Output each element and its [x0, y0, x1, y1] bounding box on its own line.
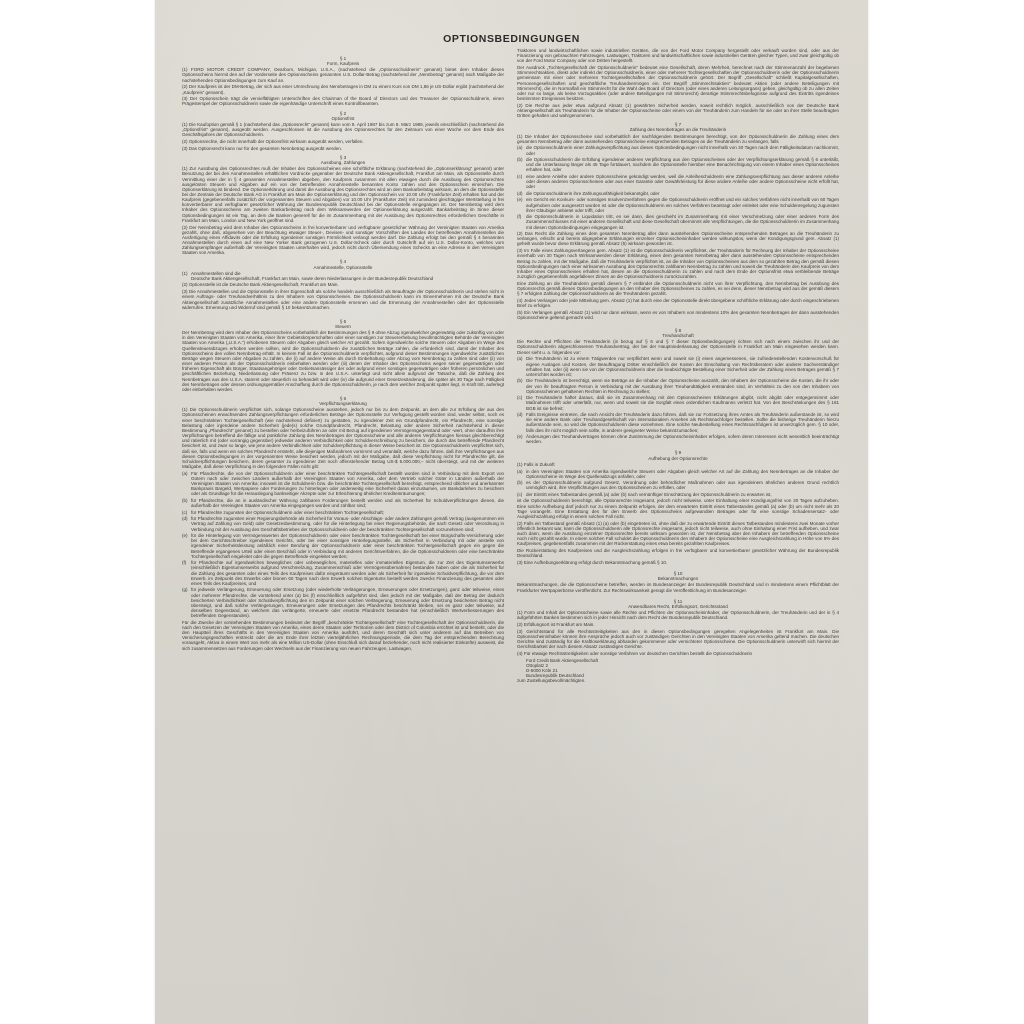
- section-title: Steuern: [182, 324, 504, 329]
- section-title: Aufhebung der Optionsrechte: [517, 456, 839, 461]
- list-item: (c)Die Treuhänderin haftet daraus, daß s…: [517, 395, 839, 410]
- item-text: die Optionsschuldnerin in Liquidation tr…: [526, 214, 839, 229]
- list-item: (b)die Optionsschuldnerin die Erfüllung …: [517, 157, 839, 172]
- item-text: für die Hinterlegung von Vermögenswerten…: [191, 533, 504, 559]
- item-text: eine andere Anleihe oder andere Optionss…: [526, 174, 839, 189]
- list-item: (c)eine andere Anleihe oder andere Optio…: [517, 174, 839, 189]
- section-heading-10: § 10 Bekanntmachungen: [517, 571, 839, 581]
- paragraph: (1) Form und Inhalt der Optionsscheine s…: [517, 610, 839, 620]
- list-item: (a)Für Pfandrechte, die von der Optionss…: [182, 471, 504, 497]
- section-heading-5: § 5 Steuern: [182, 319, 504, 329]
- item-text: Die Treuhänderin ist berechtigt, wenn si…: [526, 378, 839, 393]
- list-item: (d)Falls Ereignisse eintreten, die nach …: [517, 412, 839, 433]
- item-label: (a): [182, 471, 191, 497]
- item-text: die Optionsschuldnerin die Erfüllung irg…: [526, 157, 839, 172]
- item-label: (e): [517, 197, 526, 212]
- item-label: (b): [182, 498, 191, 508]
- document-page: OPTIONSBEDINGUNGEN § 1 Form, Kaufpreis (…: [155, 0, 868, 1024]
- paragraph: (4) Für etwaige Rechtsstreitigkeiten ode…: [517, 651, 839, 656]
- paragraph: Der Ausdruck „Tochtergesellschaft der Op…: [517, 65, 839, 101]
- section-heading-4: § 4 Annahmestelle, Optionsstelle: [182, 259, 504, 269]
- paragraph: Der Nennbetrag wird dem Inhaber des Opti…: [182, 330, 504, 392]
- left-column: § 1 Form, Kaufpreis (1) FORD MOTOR CREDI…: [182, 52, 504, 652]
- list-item: (f)für Pfandrechte auf irgendwelches bew…: [182, 560, 504, 586]
- item-label: (d): [517, 412, 526, 433]
- paragraph: (3) Eine Aufhebungserklärung erfolgt dur…: [517, 560, 839, 565]
- item-text: Änderungen des Treuhandvertrages können …: [526, 434, 839, 444]
- section-heading-9: § 9 Aufhebung der Optionsrechte: [517, 450, 839, 460]
- paragraph: (1) Falls in Zukunft: [517, 462, 839, 467]
- section-heading-1: § 1 Form, Kaufpreis: [182, 56, 504, 66]
- paragraph: (2) Der Nennbetrag wird dem Inhaber des …: [182, 225, 504, 256]
- item-label: (d): [517, 191, 526, 196]
- section-heading-3: § 3 Ausübung, Zahlungen: [182, 155, 504, 165]
- item-label: (f): [517, 214, 526, 229]
- list-item: (c)für Pfandrechte zugunsten der Options…: [182, 510, 504, 515]
- paragraph: (4) Jedes Verlangen oder jede Mitteilung…: [517, 298, 839, 308]
- item-label: (d): [182, 516, 191, 531]
- item-label: (e): [517, 434, 526, 444]
- list-item: (d)die Optionsschuldnerin ihre Zahlungsu…: [517, 191, 839, 196]
- section-heading-2: § 2 Optionsfrist: [182, 111, 504, 121]
- list-item: (e)für die Hinterlegung von Vermögenswer…: [182, 533, 504, 559]
- paragraph: Traktoren und landwirtschaftlichen sowie…: [517, 48, 839, 63]
- list-item: (f)die Optionsschuldnerin in Liquidation…: [517, 214, 839, 229]
- paragraph: (1) FORD MOTOR CREDIT COMPANY, Dearborn,…: [182, 67, 504, 82]
- paragraph: ist die Optionsschuldnerin berechtigt, a…: [517, 498, 839, 519]
- item-text: der Eintritt eines Tatbestandes gemäß (a…: [526, 492, 839, 497]
- list-item: (d)für Pfandrechte zugunsten einer Regie…: [182, 516, 504, 531]
- paragraph: (1) Die Optionsschuldnerin verpflichtet …: [182, 407, 504, 469]
- item-text: in den Vereinigten Staaten von Amerika i…: [526, 469, 839, 479]
- section-title: Annahmestelle, Optionsstelle: [182, 265, 504, 270]
- paragraph: (2) Optionsstelle ist die Deutsche Bank …: [182, 282, 504, 287]
- right-column: Traktoren und landwirtschaftlichen sowie…: [517, 48, 839, 685]
- paragraph: (3) Im Falle eines Zahlungsverlangens ge…: [517, 248, 839, 279]
- item-label: (a): [517, 145, 526, 155]
- item-text: Falls Ereignisse eintreten, die nach Ans…: [526, 412, 839, 433]
- section-title: Optionsfrist: [182, 116, 504, 121]
- item-text: für Pfandrechte zugunsten einer Regierun…: [191, 516, 504, 531]
- section-title: Form, Kaufpreis: [182, 61, 504, 66]
- item-text: für Pfandrechte, die an in ausländischer…: [191, 498, 504, 508]
- list-item: (1) Annahmestellen sind die Deutsche Ban…: [182, 271, 504, 281]
- section-title: Zahlung des Nennbetrages an die Treuhänd…: [517, 127, 839, 132]
- section-heading-6: § 6 Verpflichtungserklärung: [182, 396, 504, 406]
- section-title: Treuhandschaft: [517, 333, 839, 338]
- item-text: die Optionsschuldnerin einer Zahlungsver…: [526, 145, 839, 155]
- list-item: (a)in den Vereinigten Staaten von Amerik…: [517, 469, 839, 479]
- item-label: (c): [517, 174, 526, 189]
- item-label: (a): [517, 356, 526, 377]
- item-text: die Optionsschuldnerin ihre Zahlungsunfä…: [526, 191, 839, 196]
- section-title: Verpflichtungserklärung: [182, 401, 504, 406]
- paragraph: (5) Ein Verlangen gemäß Absatz (1) wird …: [517, 310, 839, 320]
- section-title: Bekanntmachungen: [517, 576, 839, 581]
- paragraph: (1) Die Inhaber der Optionsscheine sind …: [517, 134, 839, 144]
- paragraph: (1) Zur Ausübung des Optionsrechtes muß …: [182, 166, 504, 223]
- list-item: (a)die Optionsschuldnerin einer Zahlungs…: [517, 145, 839, 155]
- section-heading-11: § 11 Anwendbares Recht, Erfüllungsort, G…: [517, 599, 839, 609]
- item-label: (b): [517, 480, 526, 490]
- section-heading-7: § 7 Zahlung des Nennbetrages an die Treu…: [517, 122, 839, 132]
- address-block: Ford Credit Bank Aktiengesellschaft Otto…: [517, 658, 839, 679]
- paragraph: Die Rückerstattung des Kaufpreises und d…: [517, 548, 839, 558]
- document-title: OPTIONSBEDINGUNGEN: [155, 33, 868, 45]
- list-item: (c)der Eintritt eines Tatbestandes gemäß…: [517, 492, 839, 497]
- paragraph: (2) Erfüllungsort ist Frankfurt am Main.: [517, 622, 839, 627]
- paragraph: (3) Das Optionsrecht kann nur für den ge…: [182, 146, 504, 151]
- paragraph: (2) Der Kaufpreis ist der DM-Betrag, der…: [182, 84, 504, 94]
- paragraph: (3) Gerichtsstand für alle Rechtsstreiti…: [517, 629, 839, 650]
- paragraph: (3) Der Optionsschein trägt die vervielf…: [182, 96, 504, 106]
- paragraph: (2) Das Recht die Zahlung eines dem gesa…: [517, 231, 839, 246]
- list-item: (g)für jedwede Verlängerung, Erneuerung …: [182, 587, 504, 618]
- list-item: (b)es der Optionsschuldnerin aufgrund Ge…: [517, 480, 839, 490]
- item-label: (e): [182, 533, 191, 559]
- item-label: (c): [517, 492, 526, 497]
- item-text: Für Pfandrechte, die von der Optionsschu…: [191, 471, 504, 497]
- item-text: Die Treuhänderin ist zu einem Tätigwerde…: [526, 356, 839, 377]
- item-label: (a): [517, 469, 526, 479]
- item-label: (b): [517, 157, 526, 172]
- paragraph: (1) Die Kaufoption gemäß § 1 (nachstehen…: [182, 122, 504, 137]
- closing-line: zum Zustellungsbevollmächtigten.: [517, 678, 839, 683]
- item-text: für Pfandrechte auf irgendwelches bewegl…: [191, 560, 504, 586]
- list-item: (b)Die Treuhänderin ist berechtigt, wenn…: [517, 378, 839, 393]
- section-heading-8: § 8 Treuhandschaft: [517, 328, 839, 338]
- paragraph: Für die Zwecke der vorstehenden Bestimmu…: [182, 620, 504, 651]
- item-label: (c): [517, 395, 526, 410]
- paragraph: (3) Die Annahmestellen und die Optionsst…: [182, 289, 504, 310]
- paragraph: (2) Optionsrechte, die nicht innerhalb d…: [182, 139, 504, 144]
- item-sub: Deutsche Bank Aktiengesellschaft, Frankf…: [191, 276, 433, 281]
- item-label: (g): [182, 587, 191, 618]
- item-text: Annahmestellen sind die Deutsche Bank Ak…: [191, 271, 504, 281]
- item-label: (f): [182, 560, 191, 586]
- item-label: (c): [182, 510, 191, 515]
- list-item: (e)Änderungen des Treuhandvertrages könn…: [517, 434, 839, 444]
- item-label: (b): [517, 378, 526, 393]
- item-text: für jedwede Verlängerung, Erneuerung ode…: [191, 587, 504, 618]
- paragraph: Eine Zahlung an die Treuhänderin gemäß d…: [517, 281, 839, 296]
- paragraph: (2) Falls ein Tatbestand gemäß Absatz (1…: [517, 521, 839, 547]
- item-text: ein Gericht ein Konkurs- oder sonstiges …: [526, 197, 839, 212]
- paragraph: Die Rechte und Pflichten der Treuhänderi…: [517, 339, 839, 354]
- item-text: Die Treuhänderin haftet daraus, daß sie …: [526, 395, 839, 410]
- list-item: (e)ein Gericht ein Konkurs- oder sonstig…: [517, 197, 839, 212]
- item-label: (1): [182, 271, 191, 281]
- list-item: (a)Die Treuhänderin ist zu einem Tätigwe…: [517, 356, 839, 377]
- item-text: es der Optionsschuldnerin aufgrund Geset…: [526, 480, 839, 490]
- paragraph: (2) Die Rechte aus jeder etwa aufgrund A…: [517, 103, 839, 118]
- section-title: Anwendbares Recht, Erfüllungsort, Gerich…: [517, 604, 839, 609]
- section-title: Ausübung, Zahlungen: [182, 160, 504, 165]
- paragraph: Bekanntmachungen, die die Optionsscheine…: [517, 582, 839, 592]
- list-item: (b)für Pfandrechte, die an in ausländisc…: [182, 498, 504, 508]
- item-text: für Pfandrechte zugunsten der Optionssch…: [191, 510, 504, 515]
